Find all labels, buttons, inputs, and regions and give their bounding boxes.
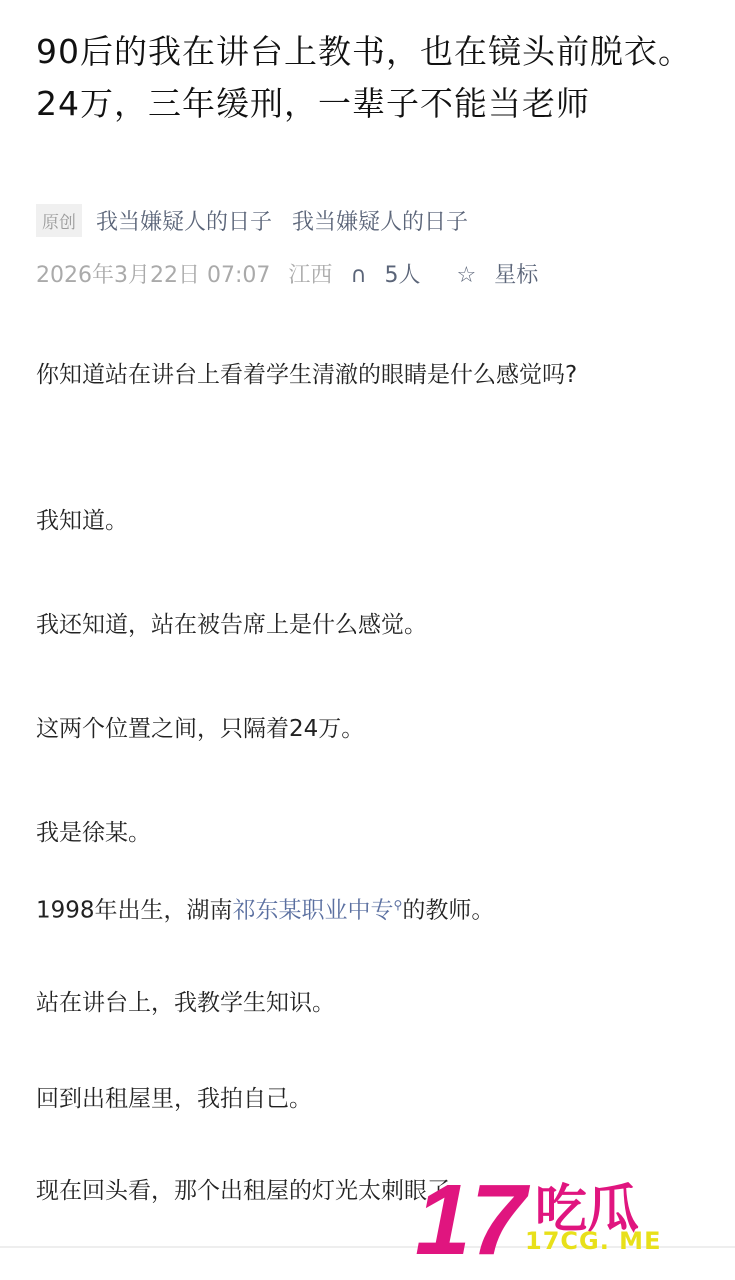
paragraph: 1998年出生，湖南祁东某职业中专⚲的教师。	[36, 884, 706, 932]
meta-author-row: 原创 我当嫌疑人的日子 我当嫌疑人的日子	[36, 204, 488, 237]
original-badge: 原创	[36, 204, 82, 237]
paragraph: 回到出租屋里，我拍自己。	[36, 1078, 706, 1120]
headphones-icon: ∩	[350, 263, 366, 288]
article-title: 90后的我在讲台上教书，也在镜头前脱衣。24万，三年缓刑，一辈子不能当老师	[36, 26, 716, 130]
meta-info-row: 2026年3月22日 07:07 江西 ∩5人 ☆星标	[36, 258, 574, 289]
watermark-logo: 17 吃瓜 17CG. ME	[415, 1165, 715, 1275]
paragraph: 你知道站在讲台上看着学生清澈的眼睛是什么感觉吗?	[36, 354, 706, 396]
account-name[interactable]: 我当嫌疑人的日子	[292, 205, 468, 236]
author-name[interactable]: 我当嫌疑人的日子	[96, 205, 272, 236]
paragraph: 我还知道，站在被告席上是什么感觉。	[36, 604, 706, 646]
paragraph: 我知道。	[36, 500, 706, 542]
location: 江西	[288, 258, 332, 289]
paragraph: 我是徐某。	[36, 812, 706, 854]
school-link[interactable]: 祁东某职业中专	[233, 898, 394, 924]
listen-button[interactable]: ∩5人	[350, 258, 438, 289]
paragraph: 这两个位置之间，只隔着24万。	[36, 708, 706, 750]
publish-date: 2026年3月22日 07:07	[36, 258, 270, 289]
star-button[interactable]: ☆星标	[457, 258, 557, 289]
paragraph: 站在讲台上，我教学生知识。	[36, 982, 706, 1024]
star-icon: ☆	[457, 263, 477, 288]
